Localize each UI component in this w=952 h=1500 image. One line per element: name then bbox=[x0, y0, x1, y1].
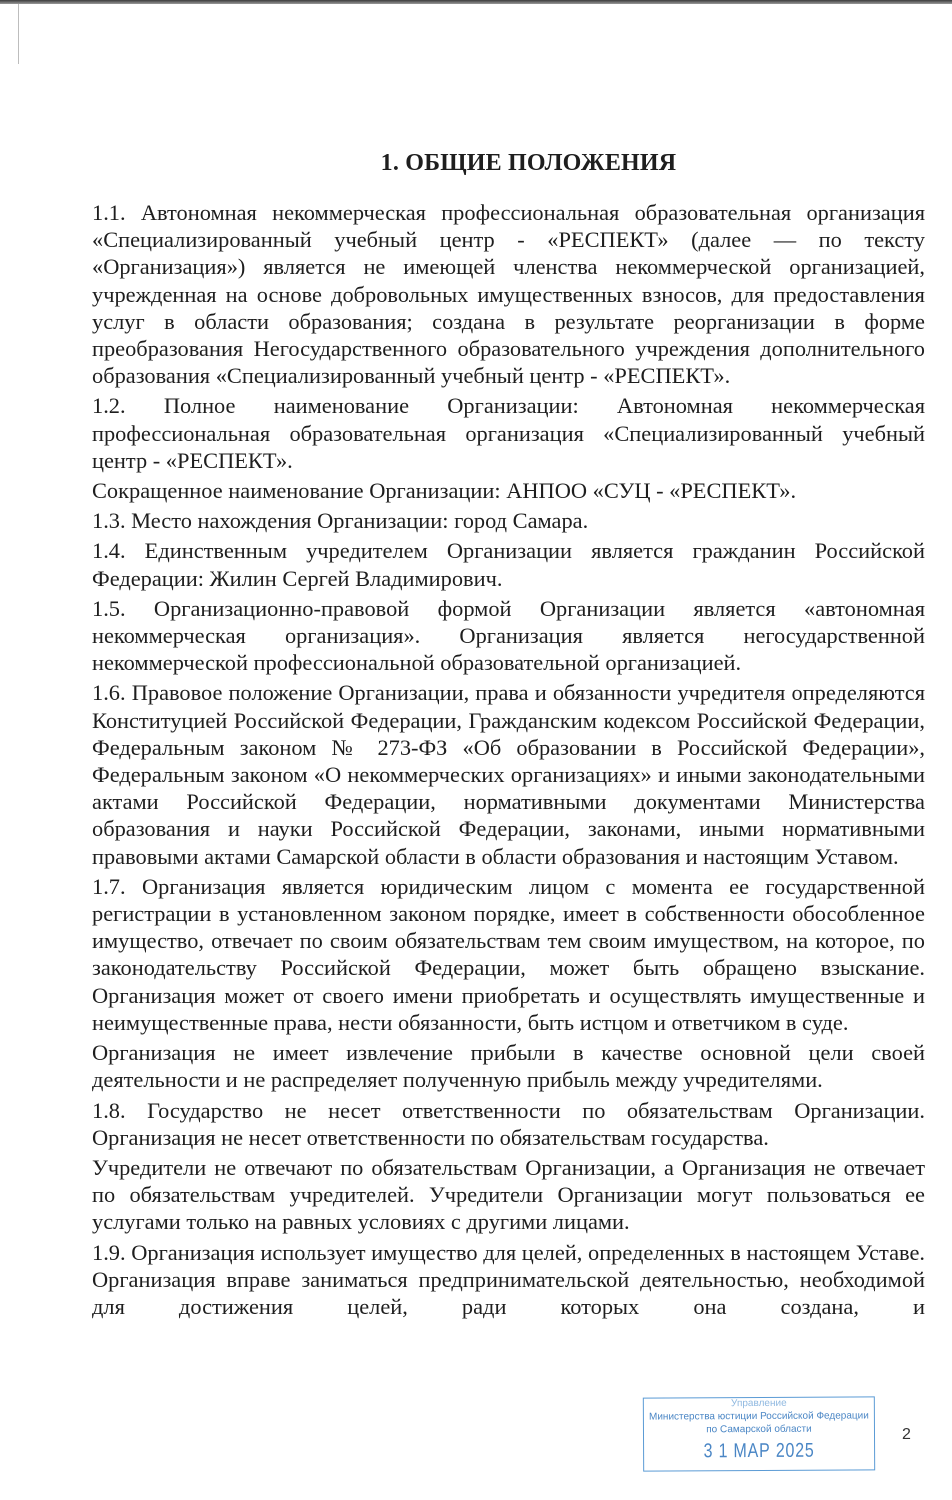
page-number: 2 bbox=[902, 1426, 911, 1444]
paragraph-1-8: 1.8. Государство не несет ответственност… bbox=[92, 1097, 925, 1151]
paragraph-1-1: 1.1. Автономная некоммерческая профессио… bbox=[92, 199, 925, 389]
paragraph-profit: Организация не имеет извлечение прибыли … bbox=[92, 1039, 925, 1093]
paragraph-1-5: 1.5. Организационно-правовой формой Орга… bbox=[92, 595, 925, 677]
stamp-line-2: Министерства юстиции Российской Федераци… bbox=[644, 1409, 874, 1423]
document-page: 1. ОБЩИЕ ПОЛОЖЕНИЯ 1.1. Автономная неком… bbox=[92, 150, 925, 1323]
paragraph-short-name: Сокращенное наименование Организации: АН… bbox=[92, 477, 925, 504]
paragraph-1-3: 1.3. Место нахождения Организации: город… bbox=[92, 507, 925, 534]
paragraph-founders-liability: Учредители не отвечают по обязательствам… bbox=[92, 1154, 925, 1236]
paragraph-1-9: 1.9. Организация использует имущество дл… bbox=[92, 1239, 925, 1321]
paragraph-1-7: 1.7. Организация является юридическим ли… bbox=[92, 873, 925, 1036]
scan-edge-left bbox=[18, 4, 19, 64]
paragraph-1-2: 1.2. Полное наименование Организации: Ав… bbox=[92, 392, 925, 474]
paragraph-1-4: 1.4. Единственным учредителем Организаци… bbox=[92, 537, 925, 591]
scan-edge-top bbox=[0, 0, 952, 4]
stamp-date: 3 1 МАР 2025 bbox=[667, 1439, 851, 1464]
registration-stamp: Управление Министерства юстиции Российск… bbox=[643, 1396, 875, 1471]
section-title: 1. ОБЩИЕ ПОЛОЖЕНИЯ bbox=[92, 150, 925, 177]
stamp-line-3: по Самарской области bbox=[644, 1422, 874, 1436]
paragraph-1-6: 1.6. Правовое положение Организации, пра… bbox=[92, 679, 925, 869]
